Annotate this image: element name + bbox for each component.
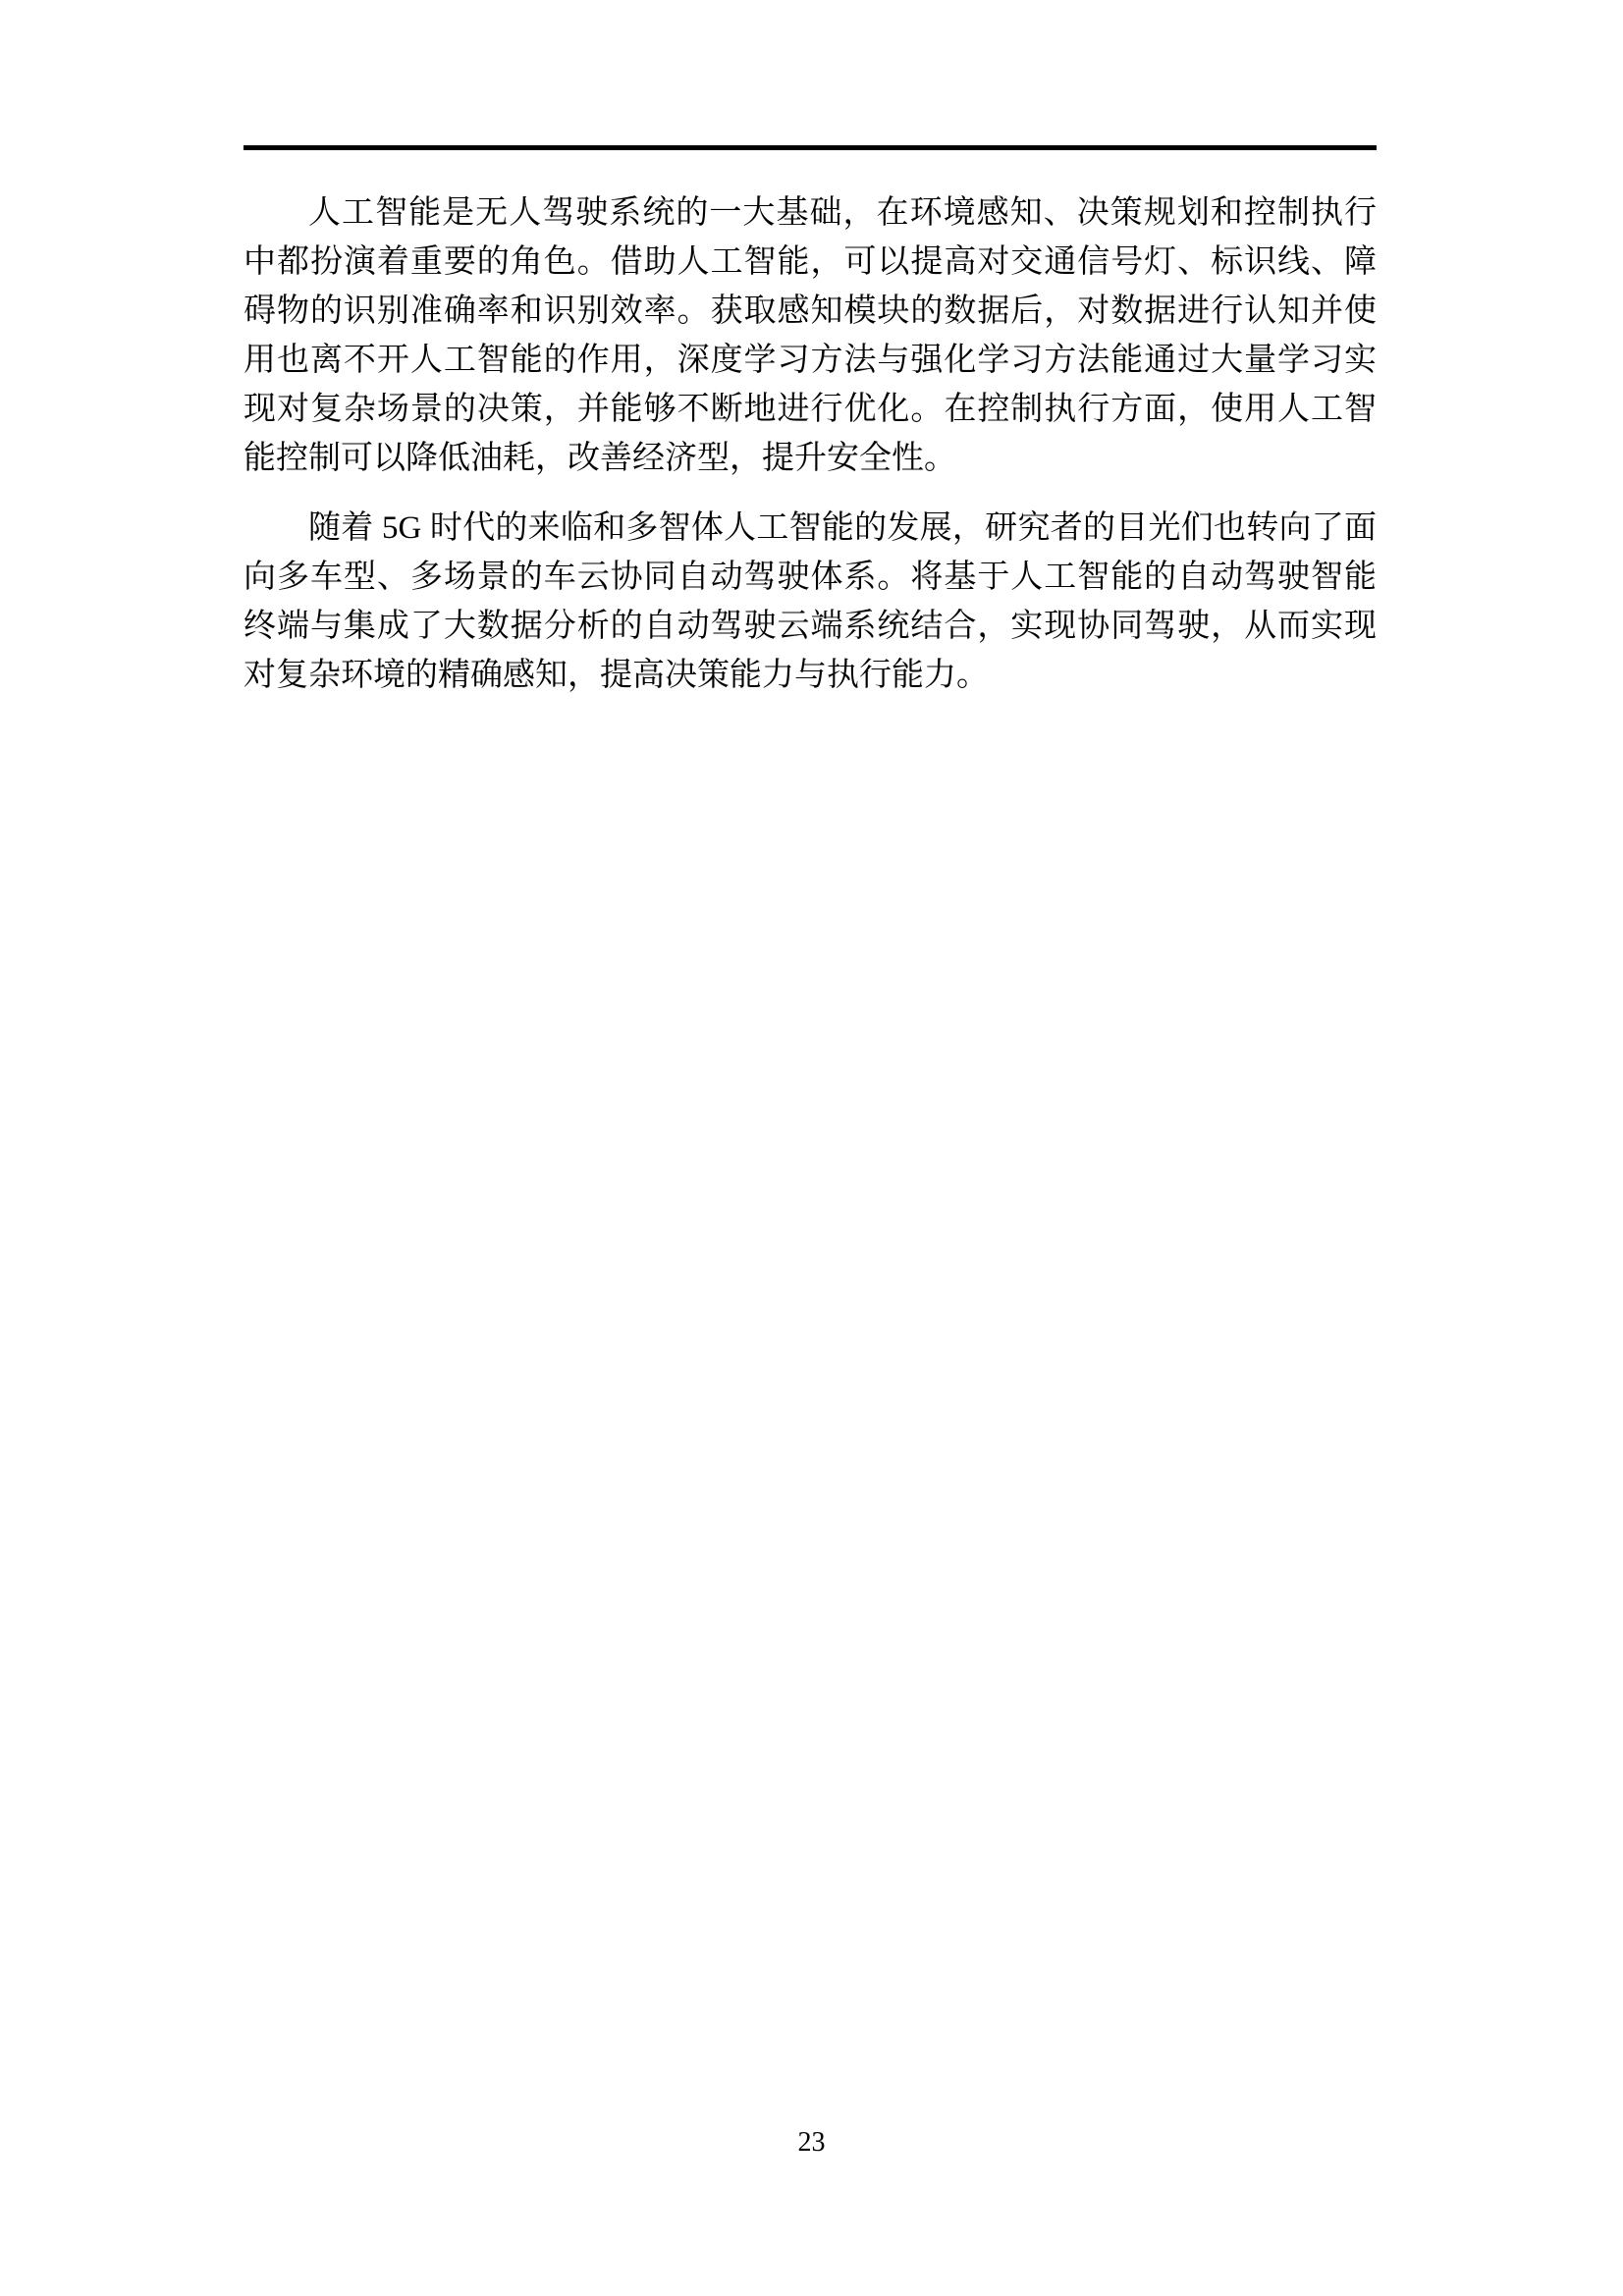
header-rule — [243, 145, 1377, 150]
document-page: 人工智能是无人驾驶系统的一大基础，在环境感知、决策规划和控制执行中都扮演着重要的… — [0, 0, 1623, 2296]
paragraph-ai-foundation: 人工智能是无人驾驶系统的一大基础，在环境感知、决策规划和控制执行中都扮演着重要的… — [243, 188, 1377, 483]
paragraph-5g-cloud: 随着 5G 时代的来临和多智体人工智能的发展，研究者的目光们也转向了面向多车型、… — [243, 504, 1377, 700]
body-text: 人工智能是无人驾驶系统的一大基础，在环境感知、决策规划和控制执行中都扮演着重要的… — [243, 188, 1377, 700]
page-number: 23 — [0, 2126, 1623, 2160]
